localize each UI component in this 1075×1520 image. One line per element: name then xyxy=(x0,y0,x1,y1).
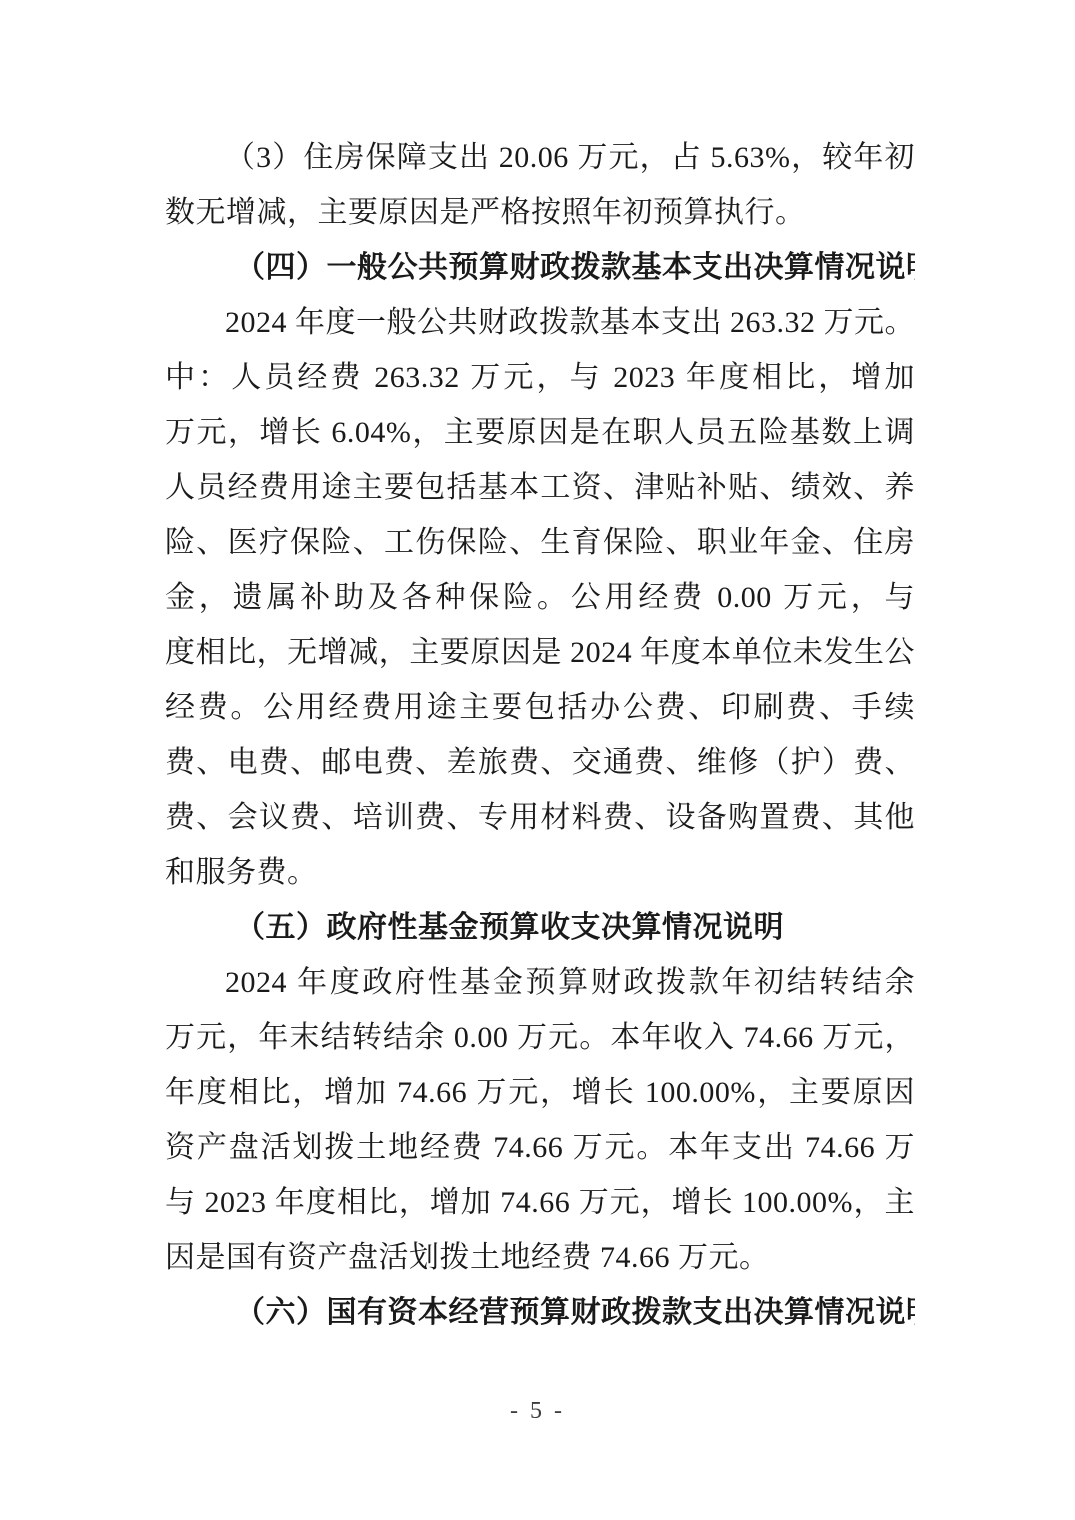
section-heading: （六）国有资本经营预算财政拨款支出决算情况说明 xyxy=(165,1285,915,1340)
text-line: 金，遗属补助及各种保险。公用经费 0.00 万元，与 2023 年 xyxy=(165,570,915,625)
text-line: 中：人员经费 263.32 万元，与 2023 年度相比，增加 15.01 xyxy=(165,350,915,405)
text-line: 万元，年末结转结余 0.00 万元。本年收入 74.66 万元，与 2023 xyxy=(165,1010,915,1065)
text-line: 和服务费。 xyxy=(165,845,915,900)
text-line: 万元，增长 6.04%，主要原因是在职人员五险基数上调增加。 xyxy=(165,405,915,460)
text-line: 费、会议费、培训费、专用材料费、设备购置费、其他商品 xyxy=(165,790,915,845)
text-line: 经费。公用经费用途主要包括办公费、印刷费、手续费、水 xyxy=(165,680,915,735)
text-line: 2024 年度一般公共财政拨款基本支出 263.32 万元。其 xyxy=(165,295,915,350)
section-heading: （五）政府性基金预算收支决算情况说明 xyxy=(165,900,915,955)
text-line: 因是国有资产盘活划拨土地经费 74.66 万元。 xyxy=(165,1230,915,1285)
document-body: （3）住房保障支出 20.06 万元，占 5.63%，较年初预算数无增减，主要原… xyxy=(165,130,915,1340)
text-line: 度相比，无增减，主要原因是 2024 年度本单位未发生公用 xyxy=(165,625,915,680)
text-line: 数无增减，主要原因是严格按照年初预算执行。 xyxy=(165,185,915,240)
text-line: 2024 年度政府性基金预算财政拨款年初结转结余 0.00 xyxy=(165,955,915,1010)
text-line: 与 2023 年度相比，增加 74.66 万元，增长 100.00%，主要原 xyxy=(165,1175,915,1230)
text-line: 险、医疗保险、工伤保险、生育保险、职业年金、住房公积 xyxy=(165,515,915,570)
document-page: （3）住房保障支出 20.06 万元，占 5.63%，较年初预算数无增减，主要原… xyxy=(0,0,1075,1520)
section-heading: （四）一般公共预算财政拨款基本支出决算情况说明 xyxy=(165,240,915,295)
text-line: 年度相比，增加 74.66 万元，增长 100.00%，主要原因是国有 xyxy=(165,1065,915,1120)
text-line: 费、电费、邮电费、差旅费、交通费、维修（护）费、租赁 xyxy=(165,735,915,790)
text-line: 资产盘活划拨土地经费 74.66 万元。本年支出 74.66 万元， xyxy=(165,1120,915,1175)
text-line: （3）住房保障支出 20.06 万元，占 5.63%，较年初预算 xyxy=(165,130,915,185)
page-number: - 5 - xyxy=(0,1396,1075,1426)
text-line: 人员经费用途主要包括基本工资、津贴补贴、绩效、养老保 xyxy=(165,460,915,515)
